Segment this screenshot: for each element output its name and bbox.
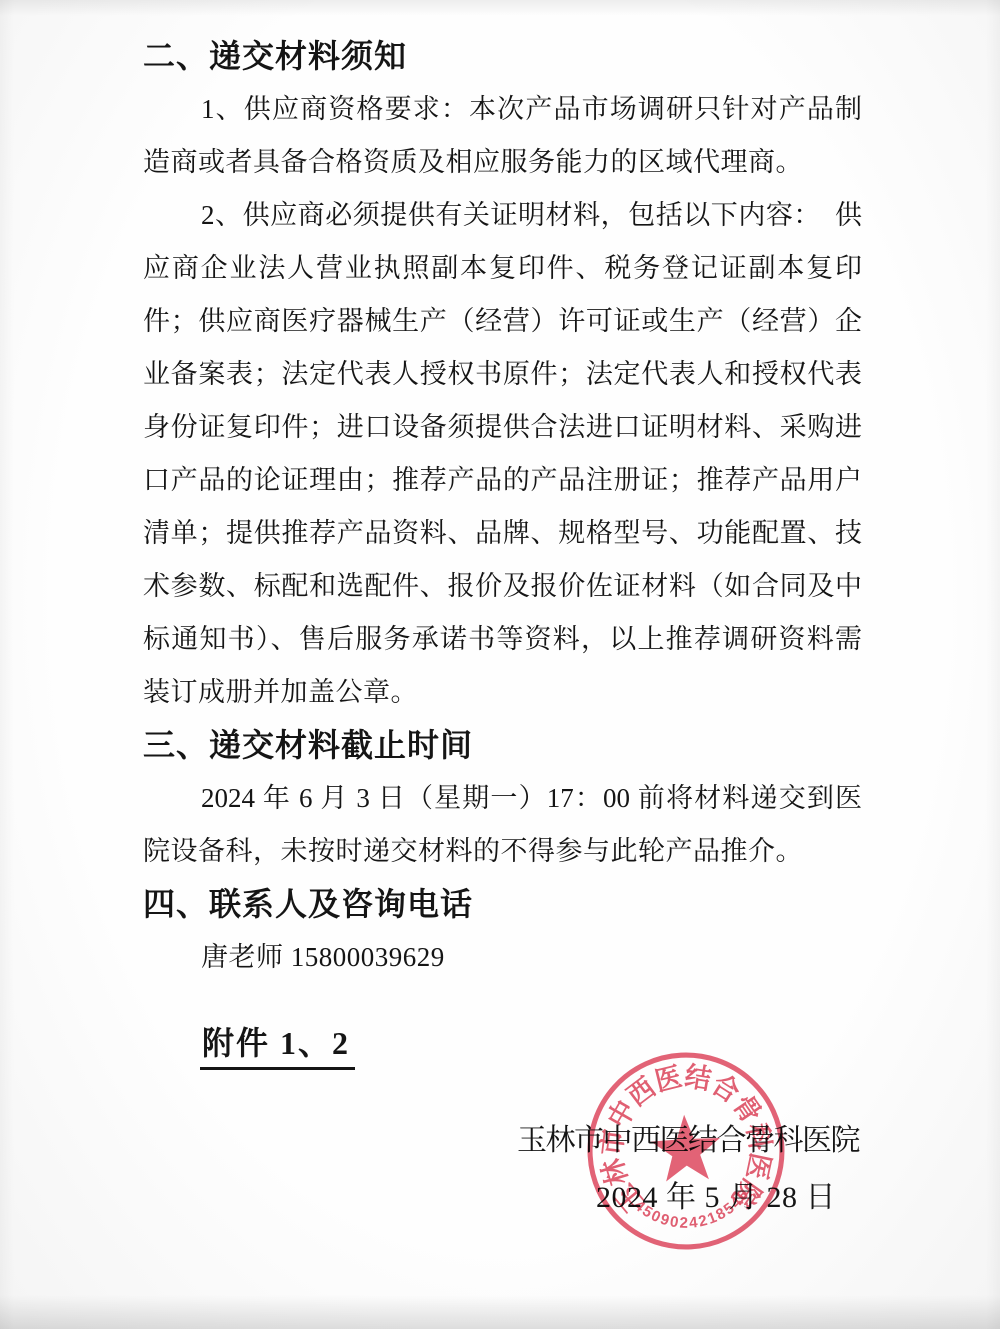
doc-line: 口产品的论证理由；推荐产品的产品注册证；推荐产品用户	[143, 454, 862, 507]
document-body: 二、递交材料须知 1、供应商资格要求：本次产品市场调研只针对产品制 造商或者具备…	[143, 30, 862, 1073]
doc-line: 身份证复印件；进口设备须提供合法进口证明材料、采购进	[143, 401, 862, 454]
contact-line: 唐老师 15800039629	[143, 931, 862, 984]
doc-line: 造商或者具备合格资质及相应服务能力的区域代理商。	[143, 136, 862, 189]
seal-serial-holder: 4509024218546	[630, 1186, 754, 1234]
doc-line: 应商企业法人营业执照副本复印件、税务登记证副本复印	[143, 242, 862, 295]
section-4-heading: 四、联系人及咨询电话	[143, 878, 862, 931]
doc-line: 清单；提供推荐产品资料、品牌、规格型号、功能配置、技	[143, 507, 862, 560]
doc-line: 件；供应商医疗器械生产（经营）许可证或生产（经营）企	[143, 295, 862, 348]
doc-line: 术参数、标配和选配件、报价及报价佐证材料（如合同及中	[143, 560, 862, 613]
doc-line: 2、供应商必须提供有关证明材料，包括以下内容： 供	[143, 189, 862, 242]
doc-line: 业备案表；法定代表人授权书原件；法定代表人和授权代表	[143, 348, 862, 401]
doc-line: 1、供应商资格要求：本次产品市场调研只针对产品制	[143, 83, 862, 136]
attachment-note: 附件 1、2	[200, 1020, 355, 1070]
official-seal: 玉林市中西医结合骨科医院 4509024218546	[580, 1045, 792, 1257]
doc-line: 标通知书）、售后服务承诺书等资料，以上推荐调研资料需	[143, 613, 862, 666]
doc-line: 院设备科，未按时递交材料的不得参与此轮产品推介。	[143, 825, 862, 878]
scanned-notice-page: 二、递交材料须知 1、供应商资格要求：本次产品市场调研只针对产品制 造商或者具备…	[0, 0, 1000, 1329]
section-3-heading: 三、递交材料截止时间	[143, 719, 862, 772]
doc-line: 装订成册并加盖公章。	[143, 666, 862, 719]
section-2-heading: 二、递交材料须知	[143, 30, 862, 83]
seal-star-icon	[650, 1113, 722, 1182]
doc-line: 2024 年 6 月 3 日（星期一）17：00 前将材料递交到医	[143, 772, 862, 825]
seal-serial-number: 4509024218546	[630, 1186, 754, 1234]
